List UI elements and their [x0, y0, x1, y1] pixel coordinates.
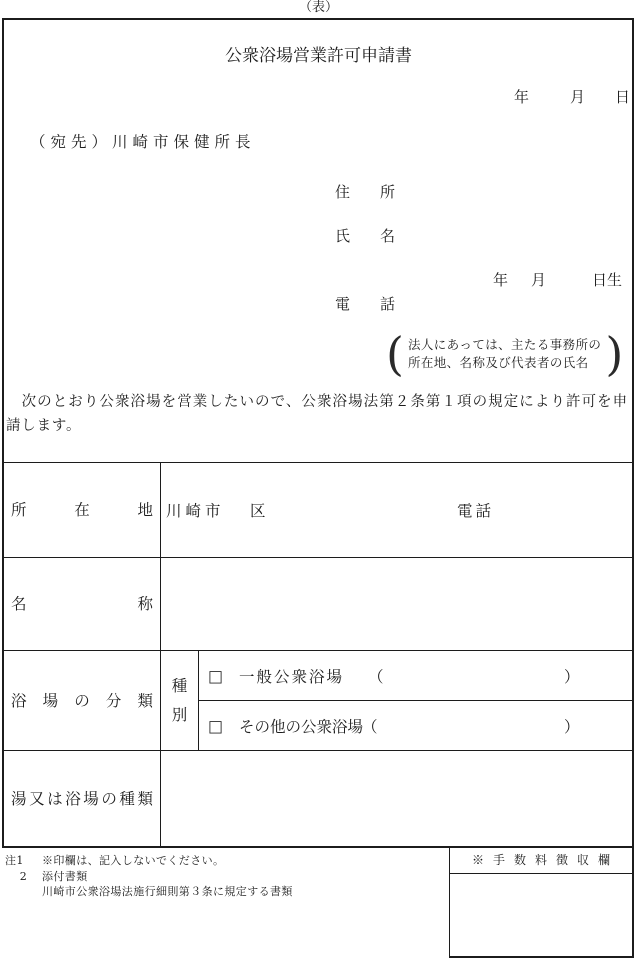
footnote-2: 2 添付書類	[5, 869, 293, 885]
classification-label: 浴場の分類	[11, 691, 153, 711]
location-value-cell: 川崎市 区 電話	[161, 463, 632, 557]
bath-kind-label-cell: 湯又は浴場の種類	[4, 751, 161, 846]
option-general-label: 一般公衆浴場	[239, 665, 344, 687]
name-label-cell: 名称	[4, 558, 161, 650]
footnote-1: 注1 ※印欄は、記入しないでください。	[5, 853, 293, 869]
addressee-line: （宛先）川崎市保健所長	[30, 133, 256, 152]
option-other-paren-open: （	[362, 715, 378, 737]
bracket-close-icon: )	[605, 331, 623, 377]
classification-label-cell: 浴場の分類	[4, 651, 161, 750]
option-other-public-bath: □ その他の公衆浴場 （ ）	[199, 701, 632, 750]
birth-year-label: 年	[493, 271, 508, 289]
fee-collection-header: ※手数料徴収欄	[450, 848, 632, 874]
type-sub-label-cell: 種 別	[161, 651, 199, 750]
option-other-label: その他の公衆浴場	[239, 715, 363, 737]
footnote-2-text: 添付書類	[42, 869, 88, 885]
location-label-cell: 所在地	[4, 463, 161, 557]
location-phone-label: 電話	[457, 499, 494, 521]
corporation-note-line1: 法人にあっては、主たる事務所の	[408, 336, 601, 355]
form-footnotes: 注1 ※印欄は、記入しないでください。 2 添付書類 川崎市公衆浴場法施行細則第…	[5, 853, 293, 900]
option-other-paren-close: ）	[564, 715, 580, 737]
name-label: 名称	[11, 594, 153, 614]
address-field-label: 住所	[335, 183, 395, 201]
corporation-note: ( 法人にあっては、主たる事務所の 所在地、名称及び代表者の氏名 )	[386, 331, 623, 377]
footnote-2-detail-text: 川崎市公衆浴場法施行細則第３条に規定する書類	[42, 884, 293, 900]
checkbox-other-public-bath[interactable]: □	[208, 716, 223, 735]
checkbox-general-public-bath[interactable]: □	[208, 666, 223, 685]
form-title: 公衆浴場営業許可申請書	[0, 46, 637, 66]
table-row-name: 名称	[4, 558, 632, 651]
birth-month-label: 月	[531, 271, 546, 289]
option-general-public-bath: □ 一般公衆浴場 （ ）	[199, 651, 632, 701]
table-row-location: 所在地 川崎市 区 電話	[4, 463, 632, 558]
name-value-cell	[161, 558, 632, 650]
table-row-bath-kind: 湯又は浴場の種類	[4, 751, 632, 846]
bath-kind-label: 湯又は浴場の種類	[11, 789, 153, 809]
fee-collection-box: ※手数料徴収欄	[449, 848, 634, 958]
date-month-label: 月	[570, 88, 585, 106]
corporation-note-line2: 所在地、名称及び代表者の氏名	[408, 354, 601, 373]
date-day-label: 日	[615, 88, 630, 106]
date-year-label: 年	[514, 88, 529, 106]
footnote-1-text: ※印欄は、記入しないでください。	[42, 853, 224, 869]
location-label: 所在地	[11, 500, 153, 520]
public-bath-permit-application-form: （表） 公衆浴場営業許可申請書 年 月 日 （宛先）川崎市保健所長 住所 氏名 …	[0, 0, 637, 963]
bath-type-options: □ 一般公衆浴場 （ ） □ その他の公衆浴場 （ ）	[199, 651, 632, 750]
bath-kind-value-cell	[161, 751, 632, 846]
type-sub-label-char1: 種	[172, 678, 188, 695]
fee-collection-empty-area	[450, 874, 632, 956]
bracket-open-icon: (	[386, 331, 404, 377]
option-general-paren-open: （	[368, 665, 384, 687]
table-row-classification: 浴場の分類 種 別 □ 一般公衆浴場 （ ） □ その他の公衆浴場 （ ）	[4, 651, 632, 751]
footnote-2-detail-spacer	[5, 884, 42, 900]
footnote-2-detail-line: 川崎市公衆浴場法施行細則第３条に規定する書類	[5, 884, 293, 900]
application-statement: 次のとおり公衆浴場を営業したいので、公衆浴場法第２条第１項の規定により許可を申請…	[6, 390, 628, 438]
phone-field-label: 電話	[335, 295, 395, 313]
name-field-label: 氏名	[335, 227, 395, 245]
birth-day-label: 日生	[592, 271, 622, 289]
corporation-note-text: 法人にあっては、主たる事務所の 所在地、名称及び代表者の氏名	[408, 336, 601, 373]
application-details-table: 所在地 川崎市 区 電話 名称 浴場の分類 種 別	[4, 462, 632, 846]
footnote-1-number: 注1	[5, 853, 42, 869]
city-prefix-label: 川崎市	[166, 499, 225, 521]
footnote-2-number: 2	[5, 869, 42, 885]
type-sub-label-char2: 別	[172, 707, 188, 724]
page-side-label: （表）	[0, 0, 637, 16]
option-general-paren-close: ）	[564, 665, 580, 687]
ward-suffix-label: 区	[250, 499, 266, 521]
